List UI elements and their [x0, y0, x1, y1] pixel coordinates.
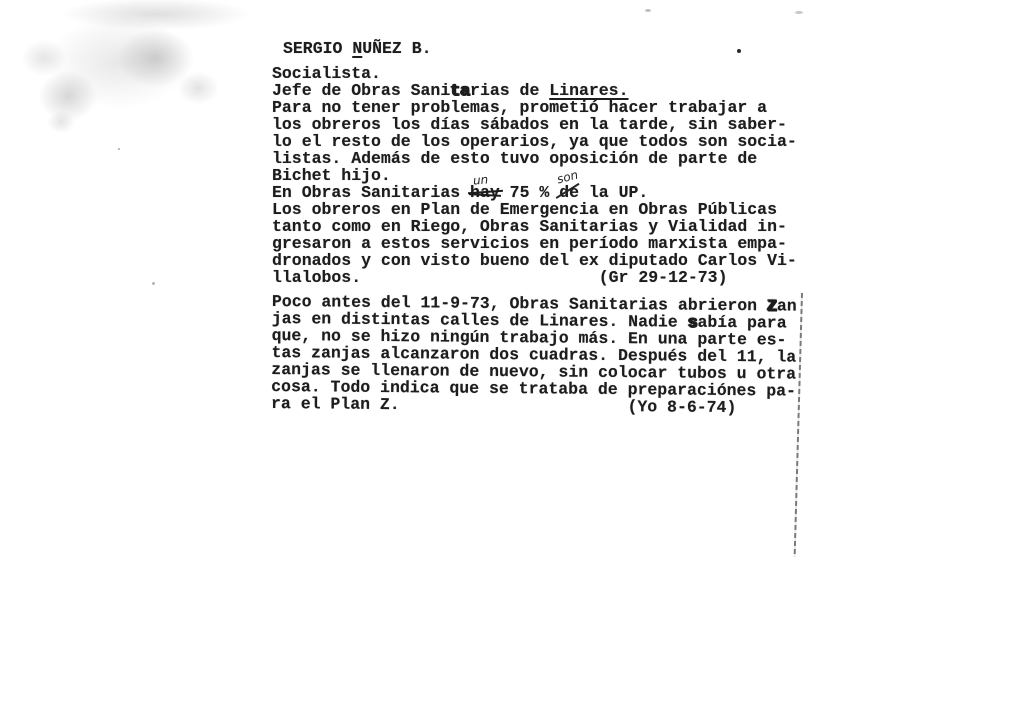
handwritten-correction-son: son: [555, 167, 580, 189]
name-pre: SERGIO: [283, 39, 352, 58]
document-text-block: SERGIO NUÑEZ B. Socialista. Jefe de Obra…: [272, 40, 892, 412]
scan-speck: [795, 11, 803, 14]
text-line: gresaron a estos servicios en período ma…: [272, 235, 892, 252]
struck-word-hay: hayun: [470, 183, 500, 202]
person-name-heading: SERGIO NUÑEZ B.: [272, 40, 892, 57]
text-line: Los obreros en Plan de Emergencia en Obr…: [272, 201, 892, 218]
role-line: Jefe de Obras Sanitarias de Linares.: [272, 82, 892, 99]
affiliation-line: Socialista.: [272, 65, 892, 82]
text-line: Para no tener problemas, prometió hacer …: [272, 99, 892, 116]
handwritten-correction-un: un: [472, 171, 489, 189]
text-line: listas. Además de esto tuvo oposición de…: [272, 150, 892, 167]
text-line: lo el resto de los operarios, ya que tod…: [272, 133, 892, 150]
scan-speck: [152, 282, 155, 285]
text-line-with-source-ref: llalobos. (Gr 29-12-73): [272, 269, 892, 286]
struck-word-de: deson: [559, 183, 579, 202]
scan-speck: [118, 148, 120, 150]
up-percentage-line: En Obras Sanitarias hayun 75 % deson la …: [272, 184, 892, 201]
scan-speck: [645, 9, 651, 12]
scanned-document-page: SERGIO NUÑEZ B. Socialista. Jefe de Obra…: [0, 0, 1012, 717]
text-line: Bichet hijo.: [272, 167, 892, 184]
name-post: UÑEZ B.: [362, 39, 431, 58]
text-line: dronados y con visto bueno del ex diputa…: [272, 252, 892, 269]
name-underlined-letter: N: [352, 39, 362, 58]
scan-smudge: [6, 0, 286, 155]
text-line: los obreros los días sábados en la tarde…: [272, 116, 892, 133]
second-note-paragraph: Poco antes del 11-9-73, Obras Sanitarias…: [271, 293, 892, 417]
text-line: tanto como en Riego, Obras Sanitarias y …: [272, 218, 892, 235]
